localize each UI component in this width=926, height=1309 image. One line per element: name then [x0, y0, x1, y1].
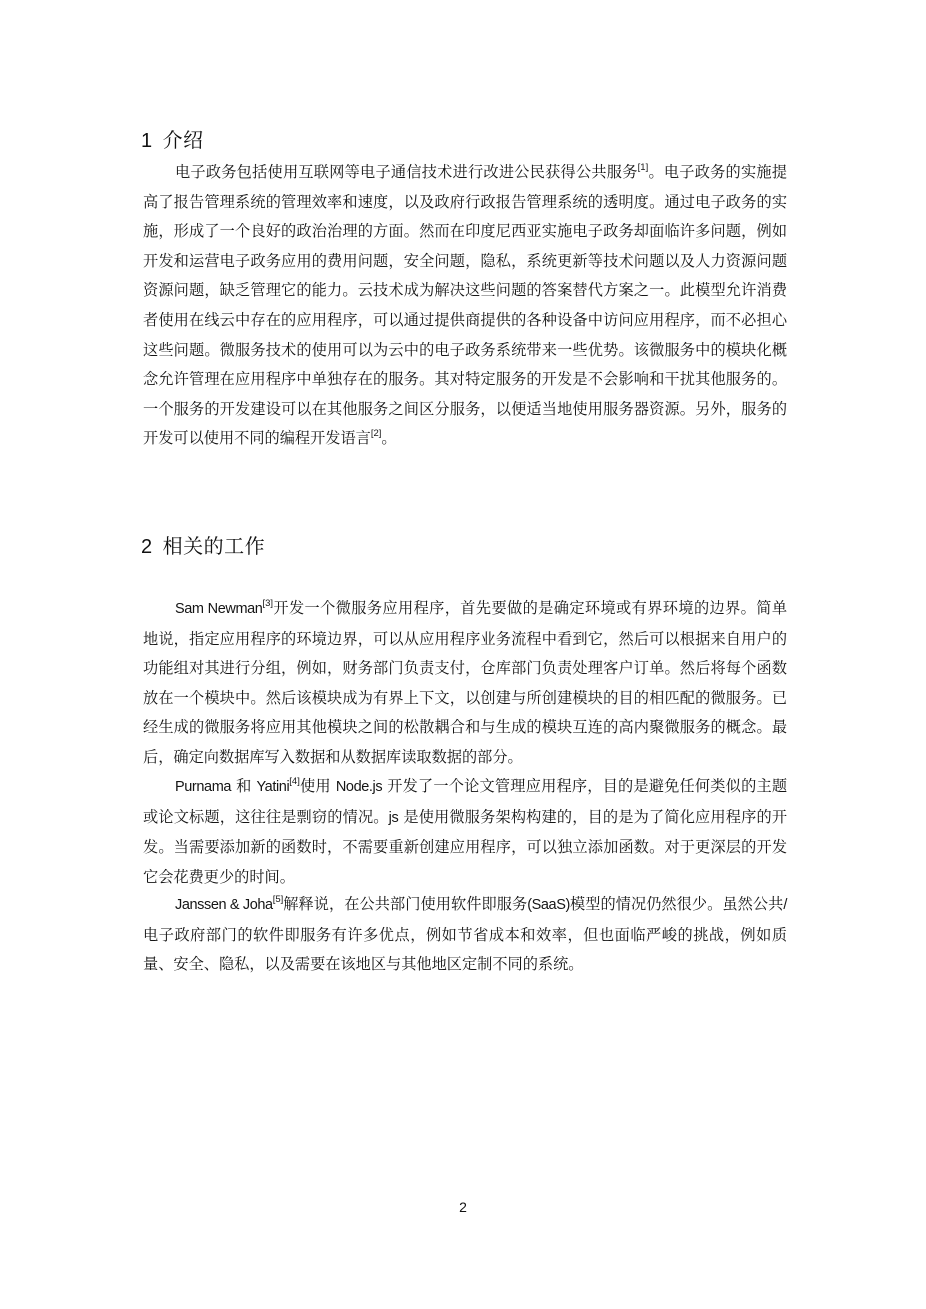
latin-text-run: /	[783, 897, 787, 913]
text-run: 开发一个微服务应用程序，首先要做的是确定环境或有界环境的边界。简单地说，指定应用…	[143, 599, 787, 766]
text-run: 电子政府部门的软件即服务有许多优点，例如节省成本和效率，但也面临严峻的挑战，例如…	[143, 926, 787, 974]
page-number: 2	[0, 1199, 926, 1215]
citation-reference: [3]	[262, 598, 273, 609]
latin-text-run: Janssen & Joha	[175, 897, 273, 913]
section-number: 1	[141, 130, 153, 152]
text-run: 。	[381, 429, 396, 447]
citation-reference: [5]	[273, 894, 284, 905]
latin-text-run: Sam Newman	[175, 601, 262, 617]
latin-text-run: Yatini	[256, 779, 289, 795]
document-page: 1介绍 电子政务包括使用互联网等电子通信技术进行改进公民获得公共服务[1]。电子…	[0, 0, 926, 1309]
paragraph-janssen-joha: Janssen & Joha[5]解释说，在公共部门使用软件即服务(SaaS)模…	[143, 890, 787, 980]
section-title: 介绍	[163, 128, 204, 152]
latin-text-run: Purnama	[175, 779, 231, 795]
latin-text-run: (SaaS)	[527, 897, 570, 913]
text-run: 电子政务包括使用互联网等电子通信技术进行改进公民获得公共服务	[175, 163, 638, 181]
latin-text-run: js	[389, 810, 399, 826]
section-heading-introduction: 1介绍	[141, 124, 204, 153]
latin-text-run: Node.js	[336, 779, 382, 795]
citation-reference: [1]	[638, 162, 649, 173]
text-run: 模型的情况仍然很少。虽然公共	[570, 895, 783, 913]
section-title: 相关的工作	[163, 534, 266, 558]
text-run: 解释说，在公共部门使用软件即服务	[283, 895, 527, 913]
section-heading-related-work: 2相关的工作	[141, 530, 265, 559]
text-run: 。电子政务的实施提高了报告管理系统的管理效率和速度，以及政府行政报告管理系统的透…	[143, 163, 787, 447]
text-run: 和	[231, 777, 256, 795]
citation-reference: [4]	[289, 776, 300, 787]
citation-reference: [2]	[371, 428, 382, 439]
paragraph-purnama-yatini: Purnama 和 Yatini[4]使用 Node.js 开发了一个论文管理应…	[143, 772, 787, 892]
text-run: 使用	[300, 777, 336, 795]
paragraph-sam-newman: Sam Newman[3]开发一个微服务应用程序，首先要做的是确定环境或有界环境…	[143, 594, 787, 773]
paragraph-introduction: 电子政务包括使用互联网等电子通信技术进行改进公民获得公共服务[1]。电子政务的实…	[143, 158, 787, 454]
section-number: 2	[141, 536, 153, 558]
